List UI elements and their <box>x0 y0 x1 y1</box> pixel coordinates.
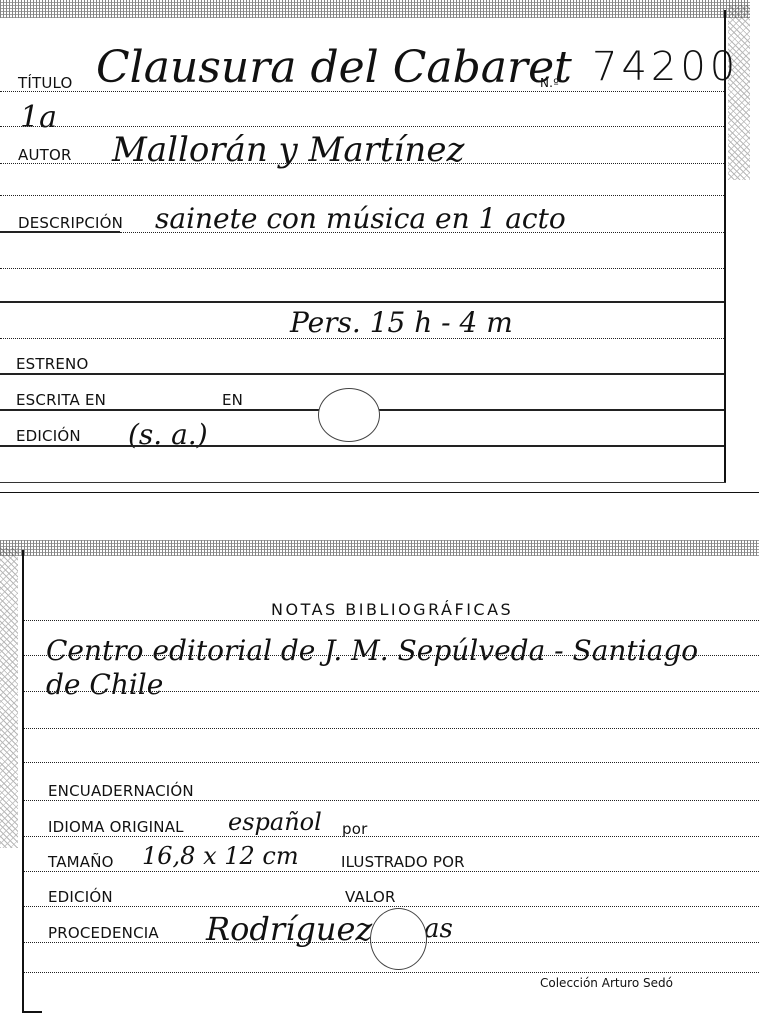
field-rule <box>0 338 724 339</box>
card-border <box>0 492 759 493</box>
descripcion-value: sainete con música en 1 acto <box>155 202 566 235</box>
field-rule <box>0 268 724 269</box>
notas-heading: NOTAS BIBLIOGRÁFICAS <box>271 600 513 619</box>
scan-noise-edge <box>0 0 750 18</box>
field-rule <box>0 231 120 233</box>
encuadernacion-label: ENCUADERNACIÓN <box>48 782 194 800</box>
collection-credit: Colección Arturo Sedó <box>540 976 673 990</box>
field-rule <box>24 836 759 837</box>
field-rule <box>24 620 759 621</box>
scan-noise-edge <box>728 5 750 180</box>
field-rule <box>24 655 759 656</box>
valor-label: VALOR <box>345 888 396 906</box>
card-border <box>0 482 726 483</box>
estreno-label: ESTRENO <box>16 355 89 373</box>
numero-value: 74200 <box>592 44 739 90</box>
field-rule <box>24 942 759 943</box>
field-rule <box>24 871 759 872</box>
titulo-label: TÍTULO <box>18 74 73 92</box>
field-rule <box>0 445 724 447</box>
edicion-label: EDICIÓN <box>48 888 113 906</box>
escrita-en-label: ESCRITA EN <box>16 391 106 409</box>
procedencia-label: PROCEDENCIA <box>48 924 159 942</box>
notas-line-2: de Chile <box>46 668 163 701</box>
field-rule <box>24 691 759 692</box>
catalog-card-bottom: NOTAS BIBLIOGRÁFICAS Centro editorial de… <box>0 540 759 1028</box>
field-rule <box>0 195 724 196</box>
field-rule <box>24 728 759 729</box>
tamano-label: TAMAÑO <box>48 853 114 871</box>
field-rule <box>24 762 759 763</box>
notas-line-1: Centro editorial de J. M. Sepúlveda - Sa… <box>46 634 698 667</box>
titulo-value: Clausura del Cabaret <box>96 42 572 93</box>
field-rule <box>24 972 759 973</box>
field-rule <box>0 163 724 164</box>
ilustrado-por-label: ILUSTRADO POR <box>341 853 465 871</box>
edicion-label: EDICIÓN <box>16 427 81 445</box>
scan-noise-edge <box>0 540 759 556</box>
card-border <box>22 1011 42 1013</box>
titulo-value-line2: 1a <box>20 100 57 135</box>
field-rule <box>0 373 724 375</box>
idioma-original-label: IDIOMA ORIGINAL <box>48 818 184 836</box>
procedencia-value-tail: as <box>424 914 453 944</box>
en-label: EN <box>222 391 243 409</box>
field-rule <box>0 126 724 127</box>
field-rule <box>24 800 759 801</box>
stamp-mark <box>318 388 380 442</box>
autor-label: AUTOR <box>18 146 72 164</box>
field-rule <box>0 301 724 303</box>
numero-label: N.º <box>540 76 559 90</box>
descripcion-label: DESCRIPCIÓN <box>18 214 123 232</box>
stamp-mark <box>370 908 427 970</box>
field-rule <box>120 232 724 233</box>
personajes-note: Pers. 15 h - 4 m <box>290 306 513 339</box>
autor-value: Mallorán y Martínez <box>112 130 464 170</box>
field-rule <box>24 906 759 907</box>
catalog-card-top: TÍTULO Clausura del Cabaret N.º 74200 1a… <box>0 0 759 495</box>
idioma-original-value: español <box>228 808 322 836</box>
scan-noise-edge <box>0 548 18 848</box>
tamano-value: 16,8 x 12 cm <box>142 842 299 870</box>
